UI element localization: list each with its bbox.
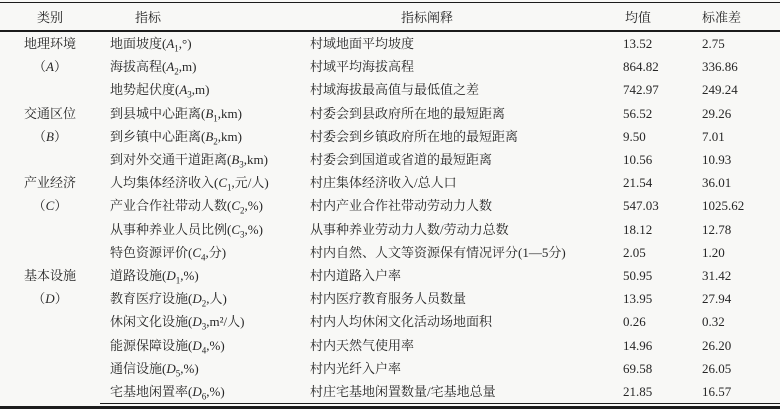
column-header-stddev: 标准差: [695, 3, 780, 32]
explanation-cell: 从事种养业劳动力人数/劳动力总数: [305, 218, 612, 241]
table-row: 宅基地闲置率(D6,%)村庄宅基地闲置数量/宅基地总量21.8516.57: [0, 380, 780, 404]
column-header-category: 类别: [0, 3, 100, 32]
indicator-cell: 地势起伏度(A3,m): [100, 78, 305, 101]
mean-cell: 56.52: [612, 102, 695, 125]
stddev-cell: 249.24: [695, 78, 780, 101]
table-row: 能源保障设施(D4,%)村内天然气使用率14.9626.20: [0, 334, 780, 357]
stddev-cell: 27.94: [695, 287, 780, 310]
indicator-cell: 从事种养业人员比例(C3,%): [100, 218, 305, 241]
category-name: 交通区位: [0, 102, 100, 125]
stddev-cell: 36.01: [695, 171, 780, 194]
indicator-cell: 教育医疗设施(D2,人): [100, 287, 305, 310]
table-row: 到乡镇中心距离(B2,km)村委会到乡镇政府所在地的最短距离9.507.01: [0, 125, 780, 148]
category-cell: 地理环境（A）: [0, 31, 100, 102]
stddev-cell: 26.05: [695, 357, 780, 380]
table-row: 基本设施（D）道路设施(D1,%)村内道路入户率50.9531.42: [0, 264, 780, 287]
mean-cell: 13.52: [612, 31, 695, 55]
category-code: （D）: [0, 287, 100, 310]
indicator-cell: 人均集体经济收入(C1,元/人): [100, 171, 305, 194]
explanation-cell: 村内医疗教育服务人员数量: [305, 287, 612, 310]
paper-table-region: 类别 指标 指标阐释 均值 标准差 地理环境（A）地面坡度(A1,°)村域地面平…: [0, 0, 780, 409]
mean-cell: 864.82: [612, 55, 695, 78]
explanation-cell: 村委会到乡镇政府所在地的最短距离: [305, 125, 612, 148]
explanation-cell: 村庄宅基地闲置数量/宅基地总量: [305, 380, 612, 404]
indicator-cell: 休闲文化设施(D3,m²/人): [100, 310, 305, 333]
table-row: 产业经济（C）人均集体经济收入(C1,元/人)村庄集体经济收入/总人口21.54…: [0, 171, 780, 194]
indicator-cell: 道路设施(D1,%): [100, 264, 305, 287]
indicator-cell: 到县城中心距离(B1,km): [100, 102, 305, 125]
table-row: 到对外交通干道距离(B3,km)村委会到国道或省道的最短距离10.5610.93: [0, 148, 780, 171]
mean-cell: 50.95: [612, 264, 695, 287]
mean-cell: 0.26: [612, 310, 695, 333]
mean-cell: 14.96: [612, 334, 695, 357]
explanation-cell: 村内光纤入户率: [305, 357, 612, 380]
header-row: 类别 指标 指标阐释 均值 标准差: [0, 3, 780, 32]
column-header-explanation: 指标阐释: [305, 3, 612, 32]
explanation-cell: 村庄集体经济收入/总人口: [305, 171, 612, 194]
category-cell: 交通区位（B）: [0, 102, 100, 172]
table-body: 地理环境（A）地面坡度(A1,°)村域地面平均坡度13.522.75海拔高程(A…: [0, 31, 780, 404]
explanation-cell: 村内天然气使用率: [305, 334, 612, 357]
mean-cell: 2.05: [612, 241, 695, 264]
table-row: 产业合作社带动人数(C2,%)村内产业合作社带动劳动力人数547.031025.…: [0, 194, 780, 217]
stddev-cell: 1.20: [695, 241, 780, 264]
table-row: 交通区位（B）到县城中心距离(B1,km)村委会到县政府所在地的最短距离56.5…: [0, 102, 780, 125]
category-name: 产业经济: [0, 171, 100, 194]
stddev-cell: 2.75: [695, 31, 780, 55]
indicator-cell: 地面坡度(A1,°): [100, 31, 305, 55]
indicator-cell: 特色资源评价(C4,分): [100, 241, 305, 264]
mean-cell: 18.12: [612, 218, 695, 241]
stddev-cell: 26.20: [695, 334, 780, 357]
explanation-cell: 村域地面平均坡度: [305, 31, 612, 55]
category-cell: 产业经济（C）: [0, 171, 100, 264]
explanation-cell: 村域平均海拔高程: [305, 55, 612, 78]
table-bottom-rule: [0, 406, 780, 409]
explanation-cell: 村内自然、人文等资源保有情况评分(1—5分): [305, 241, 612, 264]
indicator-cell: 通信设施(D5,%): [100, 357, 305, 380]
stddev-cell: 16.57: [695, 380, 780, 404]
mean-cell: 69.58: [612, 357, 695, 380]
category-code: （C）: [0, 194, 100, 217]
table-row: 海拔高程(A2,m)村域平均海拔高程864.82336.86: [0, 55, 780, 78]
mean-cell: 9.50: [612, 125, 695, 148]
mean-cell: 10.56: [612, 148, 695, 171]
stddev-cell: 1025.62: [695, 194, 780, 217]
indicator-cell: 到乡镇中心距离(B2,km): [100, 125, 305, 148]
table-row: 地势起伏度(A3,m)村域海拔最高值与最低值之差742.97249.24: [0, 78, 780, 101]
indicator-cell: 宅基地闲置率(D6,%): [100, 380, 305, 404]
table-row: 休闲文化设施(D3,m²/人)村内人均休闲文化活动场地面积0.260.32: [0, 310, 780, 333]
category-cell: 基本设施（D）: [0, 264, 100, 404]
stddev-cell: 31.42: [695, 264, 780, 287]
stddev-cell: 12.78: [695, 218, 780, 241]
mean-cell: 21.85: [612, 380, 695, 404]
column-header-indicator: 指标: [100, 3, 305, 32]
stddev-cell: 10.93: [695, 148, 780, 171]
explanation-cell: 村委会到国道或省道的最短距离: [305, 148, 612, 171]
table-header: 类别 指标 指标阐释 均值 标准差: [0, 3, 780, 32]
explanation-cell: 村内人均休闲文化活动场地面积: [305, 310, 612, 333]
explanation-cell: 村内道路入户率: [305, 264, 612, 287]
category-code: （B）: [0, 125, 100, 148]
category-name: 地理环境: [0, 32, 100, 55]
category-name: 基本设施: [0, 264, 100, 287]
column-header-mean: 均值: [612, 3, 695, 32]
table-row: 从事种养业人员比例(C3,%)从事种养业劳动力人数/劳动力总数18.1212.7…: [0, 218, 780, 241]
stddev-cell: 29.26: [695, 102, 780, 125]
mean-cell: 13.95: [612, 287, 695, 310]
explanation-cell: 村委会到县政府所在地的最短距离: [305, 102, 612, 125]
table-row: 通信设施(D5,%)村内光纤入户率69.5826.05: [0, 357, 780, 380]
stddev-cell: 7.01: [695, 125, 780, 148]
indicator-statistics-table: 类别 指标 指标阐释 均值 标准差 地理环境（A）地面坡度(A1,°)村域地面平…: [0, 2, 780, 404]
table-row: 特色资源评价(C4,分)村内自然、人文等资源保有情况评分(1—5分)2.051.…: [0, 241, 780, 264]
indicator-cell: 到对外交通干道距离(B3,km): [100, 148, 305, 171]
mean-cell: 742.97: [612, 78, 695, 101]
explanation-cell: 村域海拔最高值与最低值之差: [305, 78, 612, 101]
table-row: 地理环境（A）地面坡度(A1,°)村域地面平均坡度13.522.75: [0, 31, 780, 55]
indicator-cell: 海拔高程(A2,m): [100, 55, 305, 78]
explanation-cell: 村内产业合作社带动劳动力人数: [305, 194, 612, 217]
table-row: 教育医疗设施(D2,人)村内医疗教育服务人员数量13.9527.94: [0, 287, 780, 310]
indicator-cell: 产业合作社带动人数(C2,%): [100, 194, 305, 217]
mean-cell: 547.03: [612, 194, 695, 217]
mean-cell: 21.54: [612, 171, 695, 194]
stddev-cell: 336.86: [695, 55, 780, 78]
category-code: （A）: [0, 55, 100, 78]
indicator-cell: 能源保障设施(D4,%): [100, 334, 305, 357]
stddev-cell: 0.32: [695, 310, 780, 333]
